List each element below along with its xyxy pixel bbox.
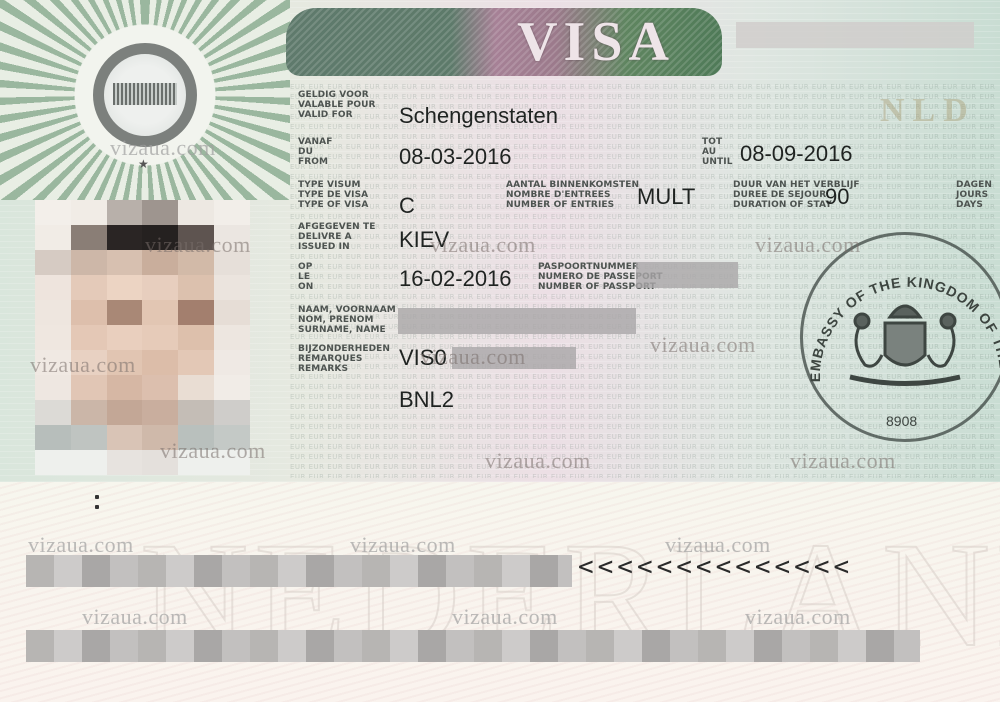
label-valid-for: GELDIG VOORVALABLE POURVALID FOR (298, 90, 376, 120)
mrz-line-1-fillers: <<<<<<<<<<<<<< (578, 552, 853, 582)
watermark: vizaua.com (755, 232, 861, 258)
label-surname-name: NAAM, VOORNAAMNOM, PRENOMSURNAME, NAME (298, 305, 396, 335)
value-valid-for: Schengenstaten (399, 105, 558, 127)
country-code: NLD (880, 92, 976, 130)
watermark: vizaua.com (160, 438, 266, 464)
edge-mark (95, 495, 99, 499)
watermark: vizaua.com (430, 232, 536, 258)
value-number-of-entries: MULT (637, 186, 695, 208)
redacted-passport-number (636, 262, 738, 288)
visa-banner: VISA (286, 8, 722, 76)
watermark: vizaua.com (485, 448, 591, 474)
value-on: 16-02-2016 (399, 268, 512, 290)
redacted-surname-name (398, 308, 636, 334)
label-type-of-visa: TYPE VISUMTYPE DE VISATYPE OF VISA (298, 180, 368, 210)
watermark: vizaua.com (30, 352, 136, 378)
value-remarks-line-2: BNL2 (399, 389, 454, 411)
label-on: OPLEON (298, 262, 313, 292)
watermark: vizaua.com (82, 604, 188, 630)
value-type-of-visa: C (399, 195, 415, 217)
value-until: 08-09-2016 (740, 143, 853, 165)
redacted-sticker-number (736, 22, 974, 48)
label-remarks: BIJZONDERHEDENREMARQUESREMARKS (298, 344, 390, 374)
watermark: vizaua.com (790, 448, 896, 474)
watermark: vizaua.com (145, 232, 251, 258)
redacted-mrz-line-2 (26, 630, 920, 662)
value-from: 08-03-2016 (399, 146, 512, 168)
watermark: vizaua.com (110, 135, 216, 161)
emblem-hologram-bar (113, 83, 177, 105)
coat-of-arms-icon (840, 295, 970, 395)
value-duration-of-stay: 90 (825, 186, 849, 208)
watermark: vizaua.com (420, 344, 526, 370)
label-issued-in: AFGEGEVEN TEDELIVRE AISSUED IN (298, 222, 375, 252)
label-days: DAGENJOURSDAYS (956, 180, 992, 210)
seal-number: 8908 (886, 413, 917, 429)
label-number-of-entries: AANTAL BINNENKOMSTENNOMBRE D'ENTREESNUMB… (506, 180, 639, 210)
watermark: vizaua.com (452, 604, 558, 630)
edge-mark (95, 505, 99, 509)
watermark: vizaua.com (745, 604, 851, 630)
label-from: VANAFDUFROM (298, 137, 332, 167)
label-until: TOTAUUNTIL (702, 137, 733, 167)
watermark: vizaua.com (650, 332, 756, 358)
visa-title: VISA (476, 14, 716, 70)
redacted-mrz-line-1 (26, 555, 572, 587)
